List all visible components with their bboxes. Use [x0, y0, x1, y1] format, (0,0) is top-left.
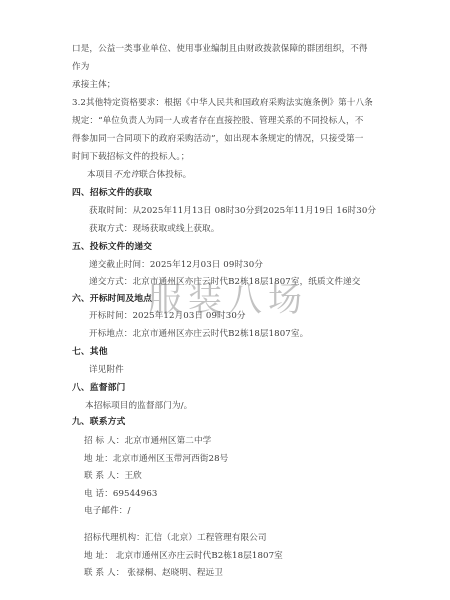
- agency-address: 地 址： 北京市通州区亦庄云时代B2栋18层1807室: [84, 551, 283, 562]
- requirement-line-4: 时间下载招标文件的投标人。；: [72, 152, 189, 163]
- buyer-name: 招 标 人：北京市通州区第二中学: [84, 436, 211, 447]
- buyer-address: 地 址：北京市通州区玉带河西街28号: [84, 454, 228, 465]
- section-4-title: 四、招标文件的获取: [72, 188, 152, 199]
- buyer-contact: 联 系 人：王欣: [84, 471, 142, 482]
- intro-line-2: 作为: [72, 62, 89, 73]
- submit-deadline: 递交截止时间：2025年12月03日 09时30分: [89, 260, 263, 271]
- intro-line-1: 口是，公益一类事业单位、使用事业编制且由财政拨款保障的群团组织，不得: [72, 44, 368, 55]
- agency-name: 招标代理机构：汇信（北京）工程管理有限公司: [84, 533, 267, 544]
- buyer-phone: 电 话：69544963: [84, 489, 157, 500]
- acquire-method: 获取方式：现场获取或线上获取。: [89, 224, 219, 235]
- other-content: 详见附件: [89, 365, 124, 376]
- document-page: 口是，公益一类事业单位、使用事业编制且由财政拨款保障的群团组织，不得 作为 承接…: [0, 0, 450, 600]
- supervision-content: 本招标项目的监督部门为/。: [85, 401, 192, 412]
- consortium-suffix: 联合体投标。: [139, 170, 191, 180]
- acquire-time: 获取时间：从2025年11月13日 08时30分到2025年11月19日 16时…: [89, 206, 376, 217]
- section-8-title: 八、监督部门: [72, 383, 125, 394]
- section-7-title: 七、其他: [72, 347, 108, 358]
- requirement-line-3: 得参加同一合同项下的政府采购活动”，如出现本条规定的情况，只接受第一: [72, 134, 363, 145]
- section-6-title: 六、开标时间及地点: [72, 294, 152, 305]
- requirement-line-1: 3.2其他特定资格要求：根据《中华人民共和国政府采购法实施条例》第十八条: [72, 98, 373, 109]
- consortium-note: 本项目不允许联合体投标。: [87, 170, 191, 181]
- consortium-prefix: 本项目: [87, 170, 113, 180]
- buyer-email: 电子邮件：/: [84, 506, 130, 517]
- agency-contact: 联 系 人： 张禄桐、赵晓明、程远卫: [84, 568, 223, 579]
- consortium-italic: 不允许: [113, 170, 139, 180]
- section-9-title: 九、联系方式: [72, 417, 125, 428]
- section-5-title: 五、投标文件的递交: [72, 242, 152, 253]
- opening-place: 开标地点：北京市通州区亦庄云时代B2栋18层1807室。: [89, 329, 308, 340]
- intro-line-3: 承接主体；: [72, 80, 115, 91]
- watermark: 服装八场: [148, 272, 308, 321]
- requirement-line-2: 规定：“单位负责人为同一人或者存在直接控股、管理关系的不同投标人，不: [72, 116, 363, 127]
